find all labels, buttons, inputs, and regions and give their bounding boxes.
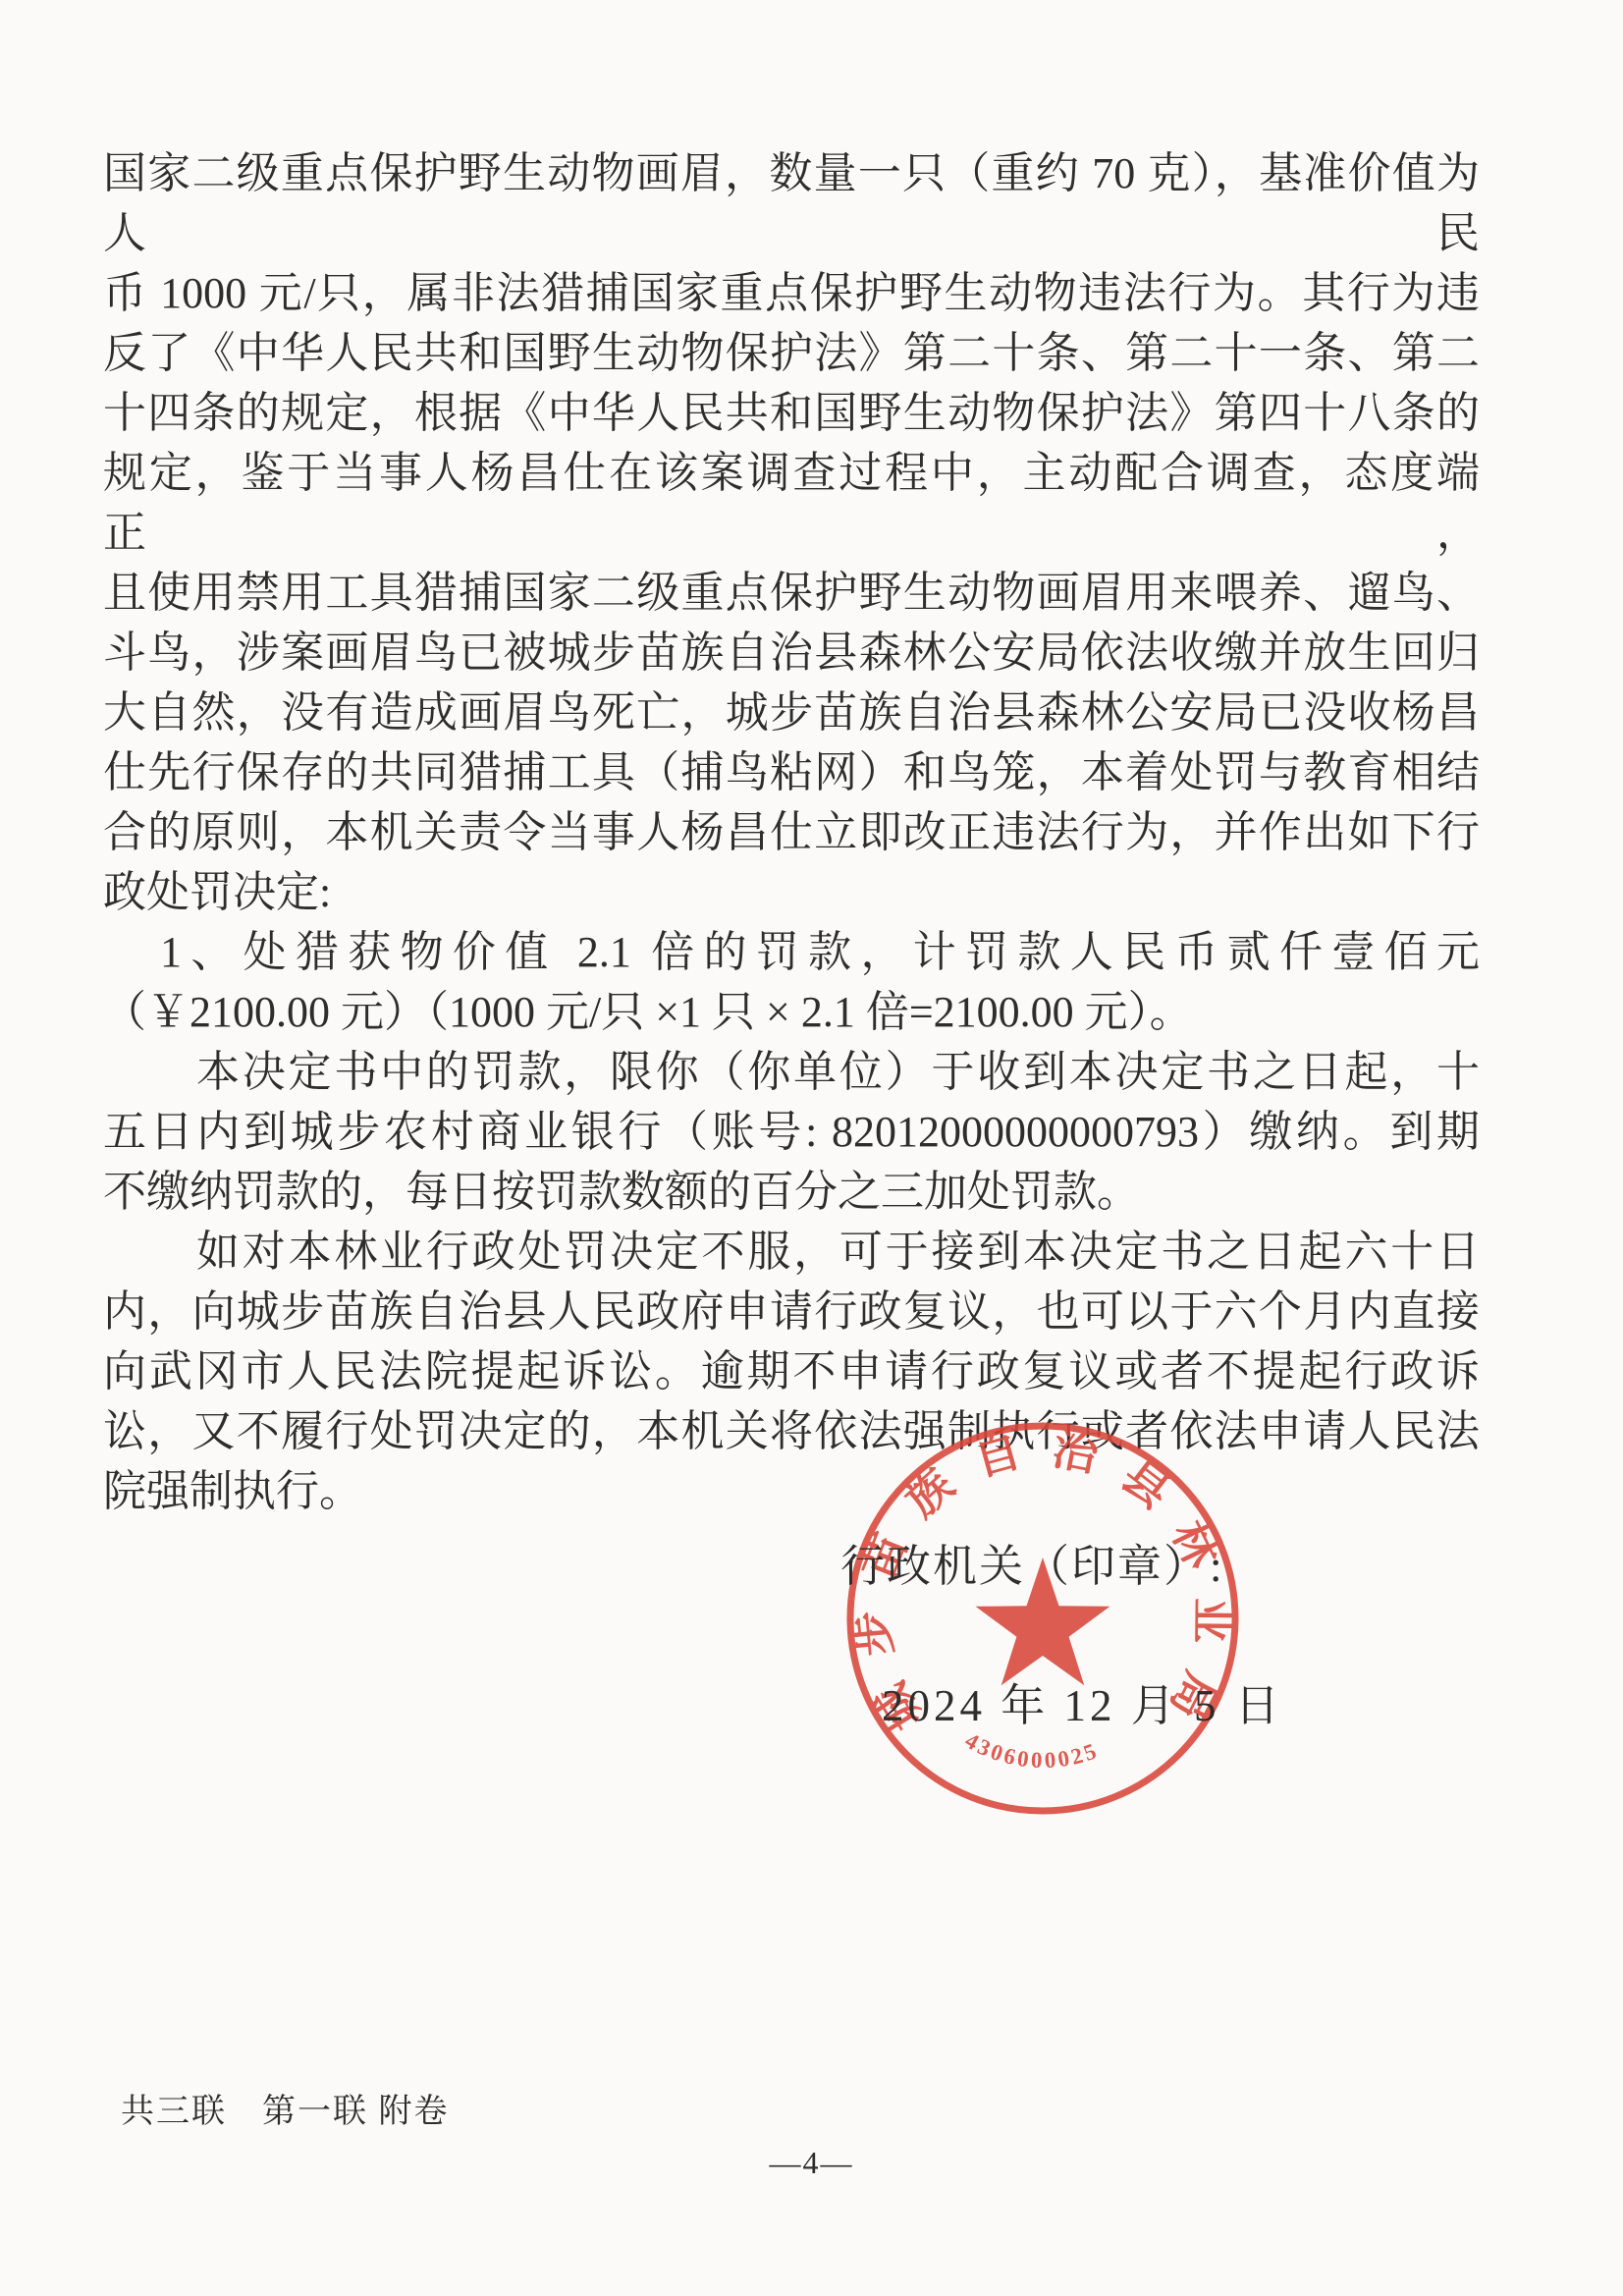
body-line: 向武冈市人民法院提起诉讼。逾期不申请行政复议或者不提起行政诉 [103,1341,1480,1401]
body-line: 十四条的规定，根据《中华人民共和国野生动物保护法》第四十八条的 [103,383,1480,443]
body-line: 讼，又不履行处罚决定的，本机关将依法强制执行或者依法申请人民法 [103,1401,1480,1461]
body-line: 合的原则，本机关责令当事人杨昌仕立即改正违法行为，并作出如下行 [103,802,1480,862]
signature-authority-label: 行政机关（印章）: [840,1530,1224,1594]
body-line: 1、处猎获物价值 2.1 倍的罚款，计罚款人民币贰仟壹佰元 [103,922,1480,982]
body-line: 政处罚决定: [103,862,1480,922]
footer-copy-note: 共三联 第一联 附卷 [121,2084,450,2132]
seal-code: 4306000025 [961,1728,1103,1774]
body-line: 本决定书中的罚款，限你（你单位）于收到本决定书之日起，十 [103,1042,1480,1102]
body-line: 反了《中华人民共和国野生动物保护法》第二十条、第二十一条、第二 [103,323,1480,383]
body-line: 且使用禁用工具猎捕国家二级重点保护野生动物画眉用来喂养、遛鸟、 [103,563,1480,623]
footer-page-number: —4— [0,2145,1623,2181]
body-line: 币 1000 元/只，属非法猎捕国家重点保护野生动物违法行为。其行为违 [103,263,1480,323]
body-line: 不缴纳罚款的，每日按罚款数额的百分之三加处罚款。 [103,1162,1480,1222]
body-line: 仕先行保存的共同猎捕工具（捕鸟粘网）和鸟笼，本着处罚与教育相结 [103,742,1480,802]
body-line: （￥2100.00 元）（1000 元/只 ×1 只 × 2.1 倍=2100.… [103,982,1480,1042]
body-line: 院强制执行。 [103,1461,1480,1521]
official-seal-stamp: 城步苗族自治县林业局 4306000025 [833,1408,1253,1829]
body-line: 大自然，没有造成画眉鸟死亡，城步苗族自治县森林公安局已没收杨昌 [103,683,1480,742]
signature-date: 2024 年 12 月 5 日 [882,1669,1283,1733]
scanned-penalty-decision-page: 国家二级重点保护野生动物画眉，数量一只（重约 70 克），基准价值为人民币 10… [0,0,1623,2296]
body-line: 如对本林业行政处罚决定不服，可于接到本决定书之日起六十日 [103,1222,1480,1282]
body-line: 斗鸟，涉案画眉鸟已被城步苗族自治县森林公安局依法收缴并放生回归 [103,623,1480,683]
body-text: 国家二级重点保护野生动物画眉，数量一只（重约 70 克），基准价值为人民币 10… [103,143,1480,1521]
body-line: 五日内到城步农村商业银行（账号: 82012000000000793）缴纳。到期 [103,1102,1480,1162]
body-line: 规定，鉴于当事人杨昌仕在该案调查过程中，主动配合调查，态度端正， [103,443,1480,563]
body-line: 国家二级重点保护野生动物画眉，数量一只（重约 70 克），基准价值为人民 [103,143,1480,263]
body-line: 内，向城步苗族自治县人民政府申请行政复议，也可以于六个月内直接 [103,1282,1480,1341]
